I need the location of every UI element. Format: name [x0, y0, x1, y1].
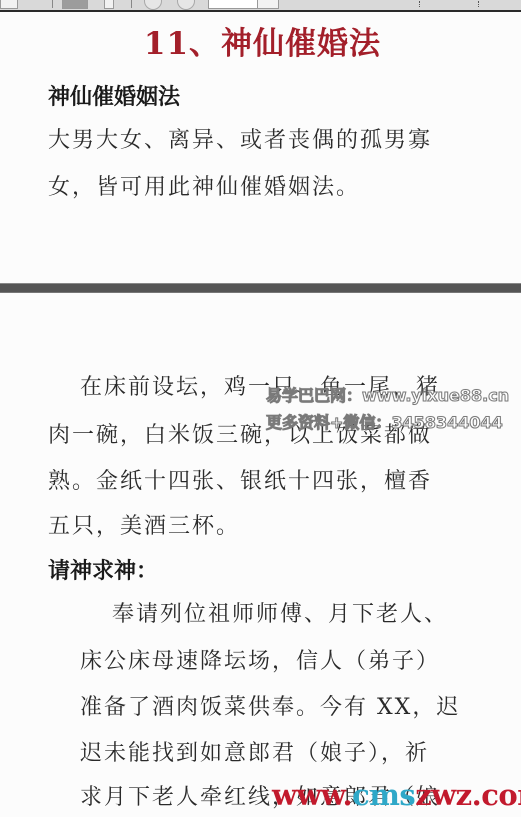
paragraph-line: 奉请列位祖师师傅、月下老人、 — [112, 597, 448, 628]
paragraph-line: 准备了酒肉饭菜供奉。今有 XX，迟 — [80, 690, 460, 721]
paragraph-line: 五只，美酒三杯。 — [48, 509, 240, 540]
toolbar-separator — [52, 0, 53, 8]
section-heading: 请神求神： — [48, 554, 158, 585]
watermark-url-prefix: www. — [272, 778, 352, 812]
toolbar-separator — [131, 0, 132, 8]
paragraph-line: 女，皆可用此神仙催婚姻法。 — [48, 170, 360, 201]
paragraph-line: 大男大女、离异、或者丧偶的孤男寡 — [48, 123, 432, 154]
toolbar-grip-icon[interactable] — [478, 1, 481, 7]
watermark-url-suffix: zwz.com — [415, 778, 521, 812]
page-divider — [0, 283, 521, 293]
next-page-button[interactable] — [177, 0, 195, 10]
watermark-url: www.cmszwz.com — [272, 778, 521, 812]
toolbar-page-icon[interactable] — [62, 0, 88, 9]
viewer-toolbar — [0, 0, 521, 12]
previous-page-button[interactable] — [144, 0, 162, 10]
paragraph-line: 床公床母速降坛场，信人（弟子） — [80, 644, 440, 675]
paragraph-line: 熟。金纸十四张、银纸十四张，檀香 — [48, 464, 432, 495]
section-heading: 神仙催婚姻法 — [48, 80, 180, 111]
watermark-site: 易学巴巴网：www.yixue88.cn — [266, 383, 509, 406]
page-dropdown-button[interactable] — [257, 0, 279, 9]
toolbar-grip-icon[interactable] — [419, 1, 422, 7]
toolbar-input-fragment[interactable] — [0, 0, 18, 9]
toolbar-small-button[interactable] — [104, 0, 114, 9]
watermark-contact: 更多资料+微信：3458344044 — [266, 410, 503, 433]
page-number-input[interactable] — [208, 0, 258, 9]
paragraph-line: 迟未能找到如意郎君（娘子），祈 — [80, 736, 429, 767]
watermark-url-middle: cms — [352, 778, 415, 812]
page-title: 11、神仙催婚法 — [0, 18, 521, 63]
